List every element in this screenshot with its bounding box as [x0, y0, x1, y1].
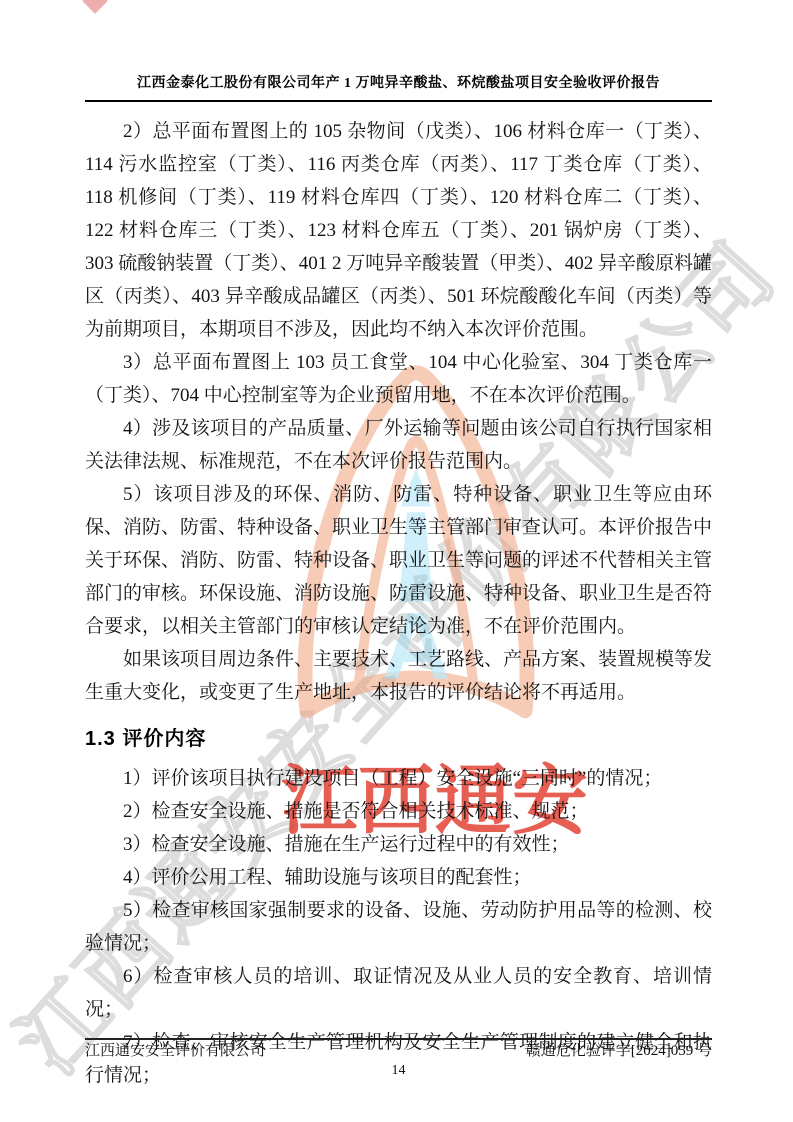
page-number: 14	[85, 1063, 712, 1079]
page-footer: 江西通安安全评价有限公司 赣通危化验评字[2024]059 号 14	[85, 1038, 712, 1079]
document-page: 江西通安安全评价有限公司 A 江西通安 江西金泰化工股份有限公司年产 1 万吨异…	[0, 0, 793, 1122]
page-header-title: 江西金泰化工股份有限公司年产 1 万吨异辛酸盐、环烷酸盐项目安全验收评价报告	[85, 72, 712, 92]
footer-document-number: 赣通危化验评字[2024]059 号	[526, 1041, 712, 1061]
section-heading: 1.3 评价内容	[85, 722, 712, 751]
paragraph: 4）涉及该项目的产品质量、厂外运输等问题由该公司自行执行国家相关法律法规、标准规…	[85, 412, 712, 478]
paragraph: 5）该项目涉及的环保、消防、防雷、特种设备、职业卫生等应由环保、消防、防雷、特种…	[85, 478, 712, 643]
list-item: 6）检查审核人员的培训、取证情况及从业人员的安全教育、培训情况；	[85, 960, 712, 1026]
paragraph: 如果该项目周边条件、主要技术、工艺路线、产品方案、装置规模等发生重大变化，或变更…	[85, 643, 712, 709]
paragraph: 3）总平面布置图上 103 员工食堂、104 中心化验室、304 丁类仓库一（丁…	[85, 346, 712, 412]
list-item: 5）检查审核国家强制要求的设备、设施、劳动防护用品等的检测、校验情况；	[85, 894, 712, 960]
list-item: 1）评价该项目执行建设项目（工程）安全设施“三同时”的情况；	[85, 762, 712, 795]
list-item: 3）检查安全设施、措施在生产运行过程中的有效性；	[85, 828, 712, 861]
footer-company-name: 江西通安安全评价有限公司	[85, 1041, 265, 1061]
page-content: 江西金泰化工股份有限公司年产 1 万吨异辛酸盐、环烷酸盐项目安全验收评价报告 2…	[85, 0, 712, 1092]
body-text: 2）总平面布置图上的 105 杂物间（戊类）、106 材料仓库一（丁类）、114…	[85, 115, 712, 1092]
list-item: 4）评价公用工程、辅助设施与该项目的配套性；	[85, 861, 712, 894]
header-rule	[85, 100, 712, 102]
paragraph: 2）总平面布置图上的 105 杂物间（戊类）、106 材料仓库一（丁类）、114…	[85, 115, 712, 346]
list-item: 2）检查安全设施、措施是否符合相关技术标准、规范；	[85, 795, 712, 828]
